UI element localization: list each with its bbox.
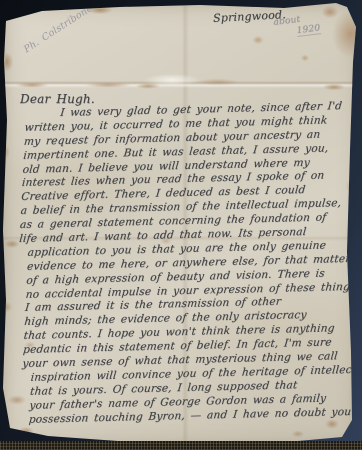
salutation: Dear Hugh. xyxy=(20,92,95,106)
fabric-band xyxy=(0,441,362,450)
date-year: 1920 xyxy=(296,23,321,37)
pencil-inscription: Ph. Colstribone xyxy=(22,3,95,55)
date-annotation: about 1920 xyxy=(273,12,321,39)
letter-body: I was very glad to get your note, since … xyxy=(16,100,358,428)
letter-scan: Ph. Colstribone Springwood. about 1920 D… xyxy=(0,0,362,450)
letter-paper: Ph. Colstribone Springwood. about 1920 D… xyxy=(0,0,362,450)
